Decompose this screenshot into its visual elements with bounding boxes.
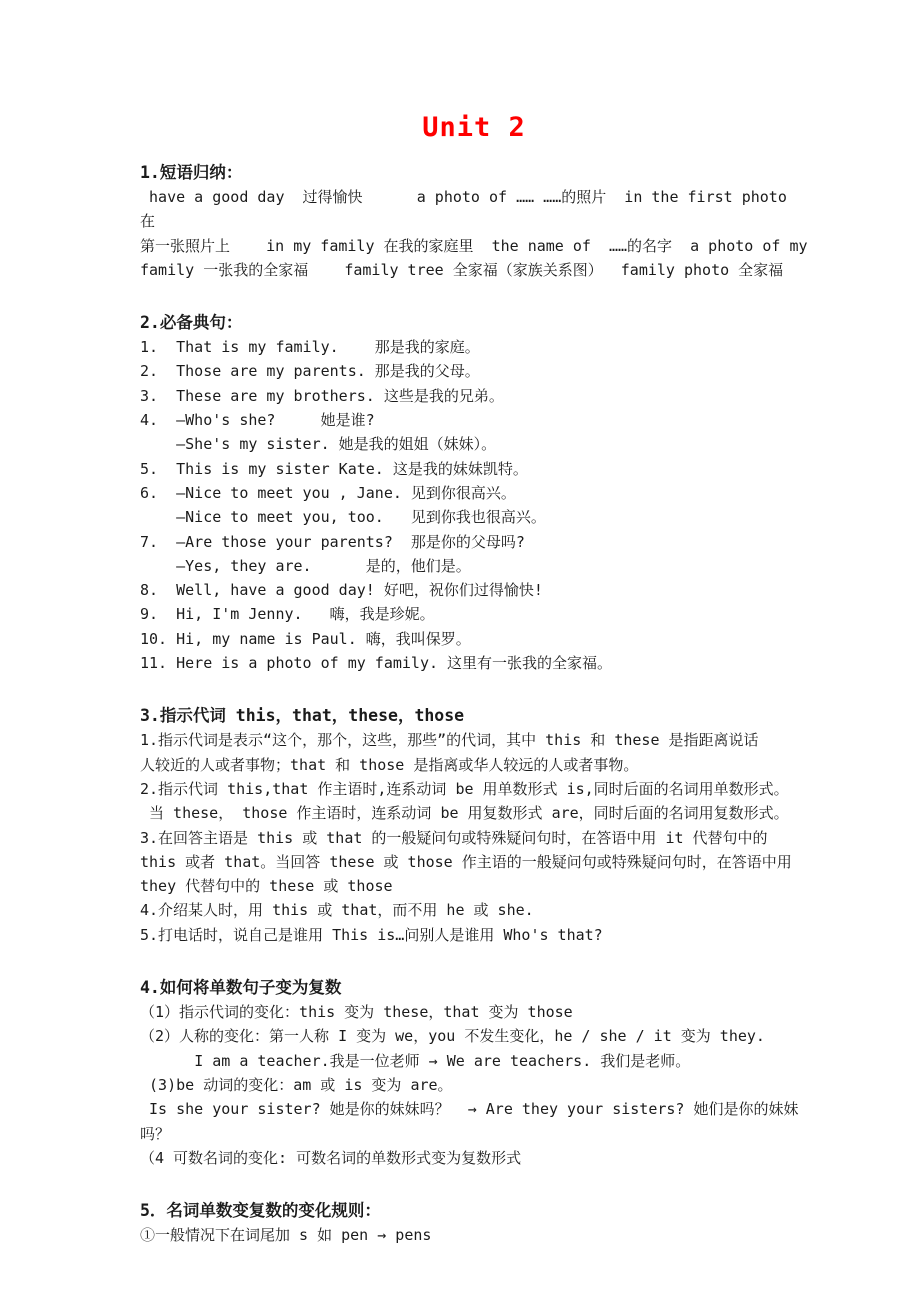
text-line: (3)be 动词的变化：am 或 is 变为 are。 [140, 1073, 808, 1097]
text-line: 5. This is my sister Kate. 这是我的妹妹凯特。 [140, 457, 808, 481]
text-line: 9. Hi, I'm Jenny. 嗨，我是珍妮。 [140, 602, 808, 626]
text-line: 8. Well, have a good day! 好吧，祝你们过得愉快! [140, 578, 808, 602]
text-line: 人较近的人或者事物；that 和 those 是指离或华人较远的人或者事物。 [140, 753, 808, 777]
text-line: I am a teacher.我是一位老师 → We are teachers.… [140, 1049, 808, 1073]
text-line: have a good day 过得愉快 a photo of …… ……的照片… [140, 185, 808, 234]
text-line: 当 these， those 作主语时，连系动词 be 用复数形式 are，同时… [140, 801, 808, 825]
text-line: 第一张照片上 in my family 在我的家庭里 the name of …… [140, 234, 808, 258]
text-line: 1. That is my family. 那是我的家庭。 [140, 335, 808, 359]
text-line: family 一张我的全家福 family tree 全家福（家族关系图） fa… [140, 258, 808, 282]
text-line: —Yes, they are. 是的，他们是。 [140, 554, 808, 578]
section-phrases: 1.短语归纳： have a good day 过得愉快 a photo of … [140, 160, 808, 282]
section-demonstrative-pronouns: 3.指示代词 this，that，these，those 1.指示代词是表示“这… [140, 703, 808, 947]
text-line: 11. Here is a photo of my family. 这里有一张我… [140, 651, 808, 675]
document-title: Unit 2 [140, 112, 808, 144]
text-line: （2）人称的变化：第一人称 I 变为 we，you 不发生变化，he / she… [140, 1024, 808, 1048]
text-line: 2.指示代词 this,that 作主语时,连系动词 be 用单数形式 is,同… [140, 777, 808, 801]
section-heading: 4.如何将单数句子变为复数 [140, 975, 808, 1000]
text-line: —She's my sister. 她是我的姐姐（妹妹）。 [140, 432, 808, 456]
section-heading: 3.指示代词 this，that，these，those [140, 703, 808, 728]
text-line: —Nice to meet you, too. 见到你我也很高兴。 [140, 505, 808, 529]
text-line: 10. Hi, my name is Paul. 嗨，我叫保罗。 [140, 627, 808, 651]
text-line: 5.打电话时，说自己是谁用 This is…问别人是谁用 Who's that? [140, 923, 808, 947]
text-line: ①一般情况下在词尾加 s 如 pen → pens [140, 1223, 808, 1247]
section-key-sentences: 2.必备典句： 1. That is my family. 那是我的家庭。 2.… [140, 310, 808, 675]
document-page: Unit 2 1.短语归纳： have a good day 过得愉快 a ph… [0, 0, 920, 1247]
text-line: （1）指示代词的变化：this 变为 these，that 变为 those [140, 1000, 808, 1024]
text-line: 3.在回答主语是 this 或 that 的一般疑问句或特殊疑问句时，在答语中用… [140, 826, 808, 850]
text-line: they 代替句中的 these 或 those [140, 874, 808, 898]
text-line: 4.介绍某人时，用 this 或 that，而不用 he 或 she. [140, 898, 808, 922]
text-line: 7. —Are those your parents? 那是你的父母吗? [140, 530, 808, 554]
section-heading: 1.短语归纳： [140, 160, 808, 185]
text-line: 1.指示代词是表示“这个，那个，这些，那些”的代词，其中 this 和 thes… [140, 728, 808, 752]
text-line: 3. These are my brothers. 这些是我的兄弟。 [140, 384, 808, 408]
section-singular-to-plural-sentences: 4.如何将单数句子变为复数 （1）指示代词的变化：this 变为 these，t… [140, 975, 808, 1170]
text-line: Is she your sister? 她是你的妹妹吗？ → Are they … [140, 1097, 808, 1146]
section-heading: 2.必备典句： [140, 310, 808, 335]
text-line: this 或者 that。当回答 these 或 those 作主语的一般疑问句… [140, 850, 808, 874]
text-line: 2. Those are my parents. 那是我的父母。 [140, 359, 808, 383]
section-heading: 5．名词单数变复数的变化规则： [140, 1198, 808, 1223]
text-line: （4 可数名词的变化: 可数名词的单数形式变为复数形式 [140, 1146, 808, 1170]
text-line: 4. —Who's she? 她是谁? [140, 408, 808, 432]
section-noun-plural-rules: 5．名词单数变复数的变化规则： ①一般情况下在词尾加 s 如 pen → pen… [140, 1198, 808, 1247]
text-line: 6. —Nice to meet you , Jane. 见到你很高兴。 [140, 481, 808, 505]
